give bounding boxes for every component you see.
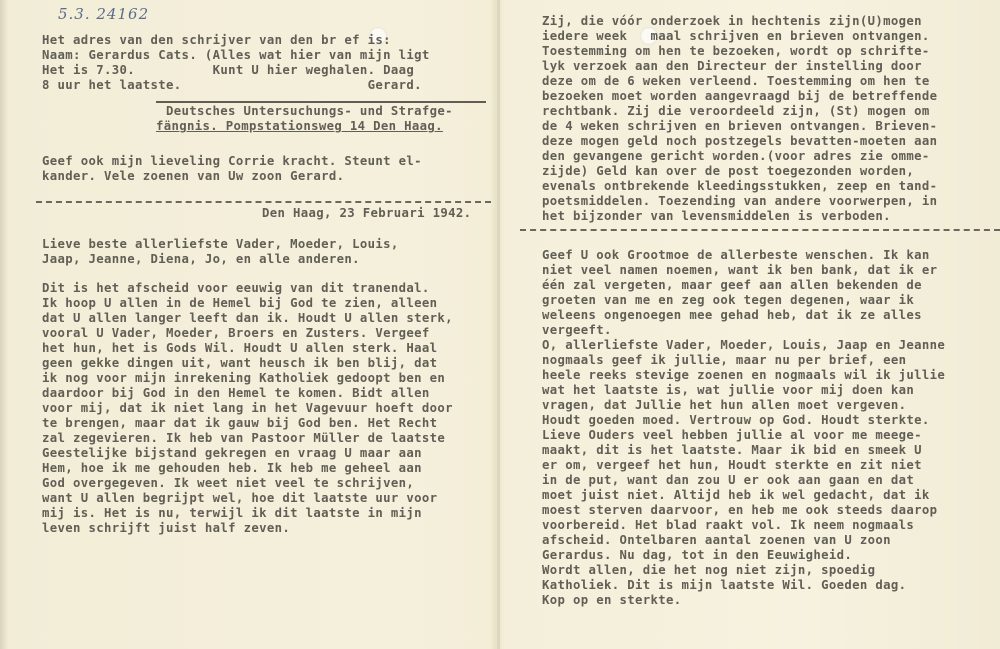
rules-line: den gevangene gericht worden.(voor adres… [542, 149, 930, 164]
letter-line: nogmaals geef ik jullie, maar nu per bri… [542, 353, 906, 368]
rules-line: Toestemming om hen te bezoeken, wordt op… [542, 44, 930, 59]
letter-line: moet juist niet. Altijd heb ik wel gedac… [542, 488, 930, 503]
archive-number: 5.3. 24162 [58, 5, 149, 23]
body-line: Hem, hoe ik me gehouden heb. Ik heb me g… [42, 461, 422, 476]
letter-line: moest sterven daarvoor, en heb me ook st… [542, 503, 937, 518]
body-line: vooral U Vader, Moeder, Broers en Zuster… [42, 326, 430, 341]
rules-line: evenals ontbrekende kleedingsstukken, ze… [542, 179, 937, 194]
letter-line: Houdt goeden moed. Vertrouw op God. Houd… [542, 413, 930, 428]
body-line: voor mij, dat ik niet lang in het Vagevu… [42, 401, 453, 416]
body-line: God overgegeven. Ik weet niet veel te sc… [42, 476, 414, 491]
letter-line: er om, vergeef het hun, Houdt sterkte en… [542, 458, 922, 473]
body-line: mij is. Het is nu, terwijl ik dit laatst… [42, 506, 422, 521]
letter-line: groeten van me en zeg ook tegen degenen,… [542, 293, 914, 308]
body-line: geen gekke dingen uit, want heusch ik be… [42, 356, 437, 371]
body-line: dat U allen langer leeft dan ik. Houdt U… [42, 311, 453, 326]
rules-line: zijde) Geld kan over de post toegezonden… [542, 164, 914, 179]
prison-address-line: fängnis. Pompstationsweg 14 Den Haag. [156, 119, 443, 134]
letter-line: Geef U ook Grootmoe de allerbeste wensch… [542, 248, 930, 263]
rules-line: deze om de 6 weken verleend. Toestemming… [542, 74, 930, 89]
letter-scan: 5.3. 24162 Het adres van den schrijver v… [0, 0, 1000, 649]
body-line: Ik hoop U allen in de Hemel bij God te z… [42, 296, 437, 311]
dashed-separator [36, 201, 491, 203]
letter-line: Wordt allen, die het nog niet zijn, spoe… [542, 563, 875, 578]
letter-line: afscheid. Ontelbaren aantal zoenen van U… [542, 533, 891, 548]
dashed-separator [520, 229, 1000, 231]
date-line: Den Haag, 23 Februari 1942. [262, 206, 471, 221]
rules-line: bezoeken moet worden aangevraagd bij de … [542, 89, 937, 104]
body-line: Dit is het afscheid voor eeuwig van dit … [42, 281, 430, 296]
rules-line: rechtbank. Zij die veroordeeld zijn, (St… [542, 104, 930, 119]
note-line: Geef ook mijn lieveling Corrie kracht. S… [42, 154, 422, 169]
body-line: ik nog voor mijn inrekening Katholiek ge… [42, 371, 445, 386]
letter-line: Lieve Ouders veel hebben jullie al voor … [542, 428, 922, 443]
postscript-line: Het is 7.30. Kunt U hier weghalen. Daag [42, 63, 414, 78]
body-line: Geestelijke bijstand gekregen en vraag U… [42, 446, 422, 461]
body-line: want U allen begrijpt wel, hoe dit laats… [42, 491, 437, 506]
letter-line: voorbereid. Het blad raakt vol. Ik neem … [542, 518, 914, 533]
rules-line: iedere week maal schrijven en brieven on… [542, 29, 930, 44]
letter-line: vergeeft. [542, 323, 612, 338]
letter-line: weleens ongenoegen mee gehad heb, dat ik… [542, 308, 922, 323]
letter-line: Kop op en sterkte. [542, 593, 682, 608]
salutation-line: Jaap, Jeanne, Diena, Jo, en alle anderen… [42, 252, 360, 267]
salutation-line: Lieve beste allerliefste Vader, Moeder, … [42, 237, 399, 252]
letter-line: O, allerliefste Vader, Moeder, Louis, Ja… [542, 338, 945, 353]
letter-line: vragen, dat Jullie het hun allen moet ve… [542, 398, 906, 413]
rules-line: deze mogen geld noch postzegels bevatten… [542, 134, 937, 149]
body-line: het hun, het is Gods Wil. Houdt U allen … [42, 341, 437, 356]
postscript-line: Naam: Gerardus Cats. (Alles wat hier van… [42, 48, 430, 63]
right-page: Zij, die vóór onderzoek in hechtenis zij… [500, 0, 1000, 649]
prison-address-line: Deutsches Untersuchungs- und Strafge- [166, 104, 453, 119]
letter-line: wat het laatste is, wat jullie voor mij … [542, 383, 914, 398]
rules-line: Zij, die vóór onderzoek in hechtenis zij… [542, 14, 922, 29]
rules-line: lyk verzoek aan den Directeur der instel… [542, 59, 922, 74]
body-line: zal zegevieren. Ik heb van Pastoor Mülle… [42, 431, 445, 446]
letter-line: Katholiek. Dit is mijn laatste Wil. Goed… [542, 578, 906, 593]
body-line: daardoor bij God in den Hemel te komen. … [42, 386, 430, 401]
letter-line: Gerardus. Nu dag, tot in den Eeuwigheid. [542, 548, 852, 563]
left-page: 5.3. 24162 Het adres van den schrijver v… [0, 0, 497, 649]
rules-line: de 4 weken schrijven en brieven ontvange… [542, 119, 937, 134]
postscript-line: 8 uur het laatste. Gerard. [42, 78, 422, 93]
rules-line: het bijzonder van levensmiddelen is verb… [542, 209, 891, 224]
body-line: leven schrijft juist half zeven. [42, 521, 290, 536]
letter-line: niet veel namen noemen, want ik ben bank… [542, 263, 937, 278]
postscript-line: Het adres van den schrijver van den br e… [42, 33, 391, 48]
rules-line: poetsmiddelen. Toezending van andere voo… [542, 194, 937, 209]
letter-line: heele reeks stevige zoenen en nogmaals w… [542, 368, 945, 383]
letter-line: één zal vergeten, maar geef aan allen be… [542, 278, 922, 293]
letter-line: maakt, dit is het laatste. Maar ik bid e… [542, 443, 922, 458]
note-line: kander. Vele zoenen van Uw zoon Gerard. [42, 169, 344, 184]
letter-line: in de put, want dan zou U er ook aan gaa… [542, 473, 914, 488]
body-line: te brengen, maar dat ik gauw bij God ben… [42, 416, 437, 431]
address-rule [156, 101, 486, 103]
